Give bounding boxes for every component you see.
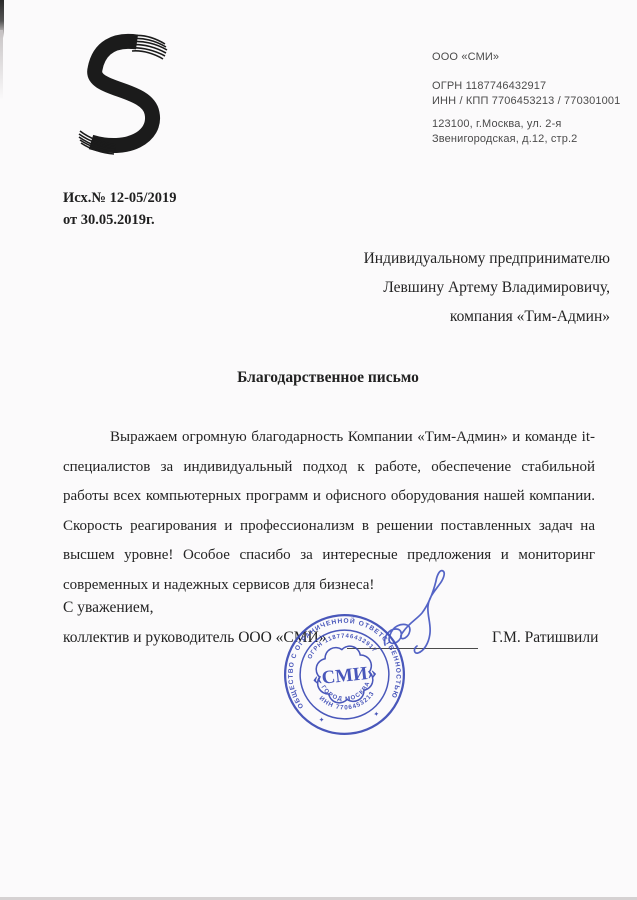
scanned-letter-page: ООО «СМИ» ОГРН 1187746432917 ИНН / КПП 7… [0, 0, 637, 900]
letter-title: Благодарственное письмо [63, 369, 593, 387]
signatory-name: Г.М. Ратишвили [492, 629, 598, 647]
reference-date: от 30.05.2019г. [63, 210, 176, 232]
stamp-star-icon: ✦ [318, 716, 325, 725]
handwritten-signature-icon [379, 561, 457, 663]
stamp-star-icon: ✦ [373, 710, 380, 719]
closing-regards: С уважением, [63, 599, 154, 617]
s-ribbon-logo-icon [75, 33, 170, 158]
letter-body: Выражаем огромную благодарность Компании… [63, 423, 595, 600]
company-address: 123100, г.Москва, ул. 2-я Звенигородская… [432, 117, 622, 147]
addressee-line-1: Индивидуальному предпринимателю [270, 244, 610, 273]
addressee-block: Индивидуальному предпринимателю Левшину … [270, 244, 610, 331]
scan-edge-shade [0, 30, 3, 100]
reference-number: Исх.№ 12-05/2019 [63, 188, 176, 210]
address-line-1: 123100, г.Москва, ул. 2-я [432, 117, 622, 132]
registration-numbers: ОГРН 1187746432917 ИНН / КПП 7706453213 … [432, 79, 622, 109]
letterhead-info: ООО «СМИ» ОГРН 1187746432917 ИНН / КПП 7… [432, 50, 622, 155]
addressee-line-2: Левшину Артему Владимировичу, [270, 273, 610, 302]
ogrn-number: ОГРН 1187746432917 [432, 79, 622, 94]
address-line-2: Звенигородская, д.12, стр.2 [432, 132, 622, 147]
inn-kpp-number: ИНН / КПП 7706453213 / 770301001 [432, 94, 622, 109]
company-name: ООО «СМИ» [432, 50, 622, 65]
reference-block: Исх.№ 12-05/2019 от 30.05.2019г. [63, 188, 176, 231]
addressee-line-3: компания «Тим-Админ» [270, 302, 610, 331]
company-logo [75, 33, 170, 158]
